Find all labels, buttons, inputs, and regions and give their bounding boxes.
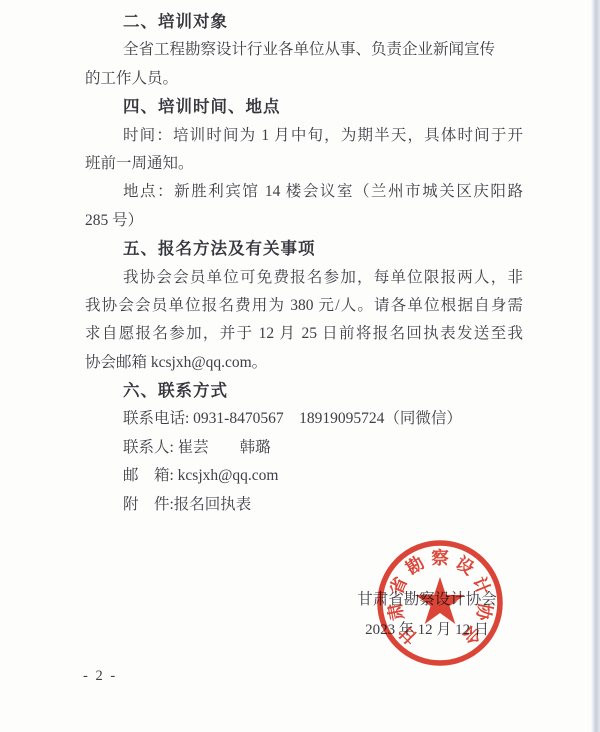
section-heading: 六、联系方式 [85,377,523,405]
official-seal-stamp: 甘肃省勘察设计协会 [365,528,515,678]
text-line: 我协会会员单位报名费用为 380 元/人。请各单位根据自身需 [85,292,523,320]
text-line: 时间：培训时间为 1 月中旬，为期半天，具体时间于开 [85,122,523,150]
document-page: 二、培训对象全省工程勘察设计行业各单位从事、负责企业新闻宣传的工作人员。四、培训… [0,0,600,732]
text-line: 联系人: 崔芸 韩璐 [85,434,523,462]
text-line: 协会邮箱 kcsjxh@qq.com。 [85,349,523,377]
seal-ring-char: 肃 [384,601,407,623]
text-line: 邮 箱: kcsjxh@qq.com [85,462,523,490]
text-line: 附 件:报名回执表 [85,491,523,519]
seal-ring-char: 省 [386,573,411,597]
text-line: 全省工程勘察设计行业各单位从事、负责企业新闻宣传 [85,36,523,64]
section-heading: 二、培训对象 [85,8,523,36]
star-icon [415,577,464,624]
section-heading: 四、培训时间、地点 [85,93,523,121]
document-body: 二、培训对象全省工程勘察设计行业各单位从事、负责企业新闻宣传的工作人员。四、培训… [85,8,523,519]
scanned-page-edge [591,0,600,732]
text-line: 285 号） [85,207,523,235]
text-line: 的工作人员。 [85,65,523,93]
seal-ring-char: 计 [469,574,494,598]
text-line: 地点：新胜利宾馆 14 楼会议室（兰州市城关区庆阳路 [85,178,523,206]
text-line: 求自愿报名参加，并于 12 月 25 日前将报名回执表发送至我 [85,320,523,348]
section-heading: 五、报名方法及有关事项 [85,235,523,263]
seal-ring-char: 协 [472,601,495,624]
text-line: 我协会会员单位可免费报名参加，每单位限报两人，非 [85,264,523,292]
seal-ring-char: 察 [431,548,449,568]
text-line: 联系电话: 0931-8470567 18919095724（同微信） [85,405,523,433]
text-line: 班前一周通知。 [85,150,523,178]
page-number: - 2 - [83,668,117,685]
